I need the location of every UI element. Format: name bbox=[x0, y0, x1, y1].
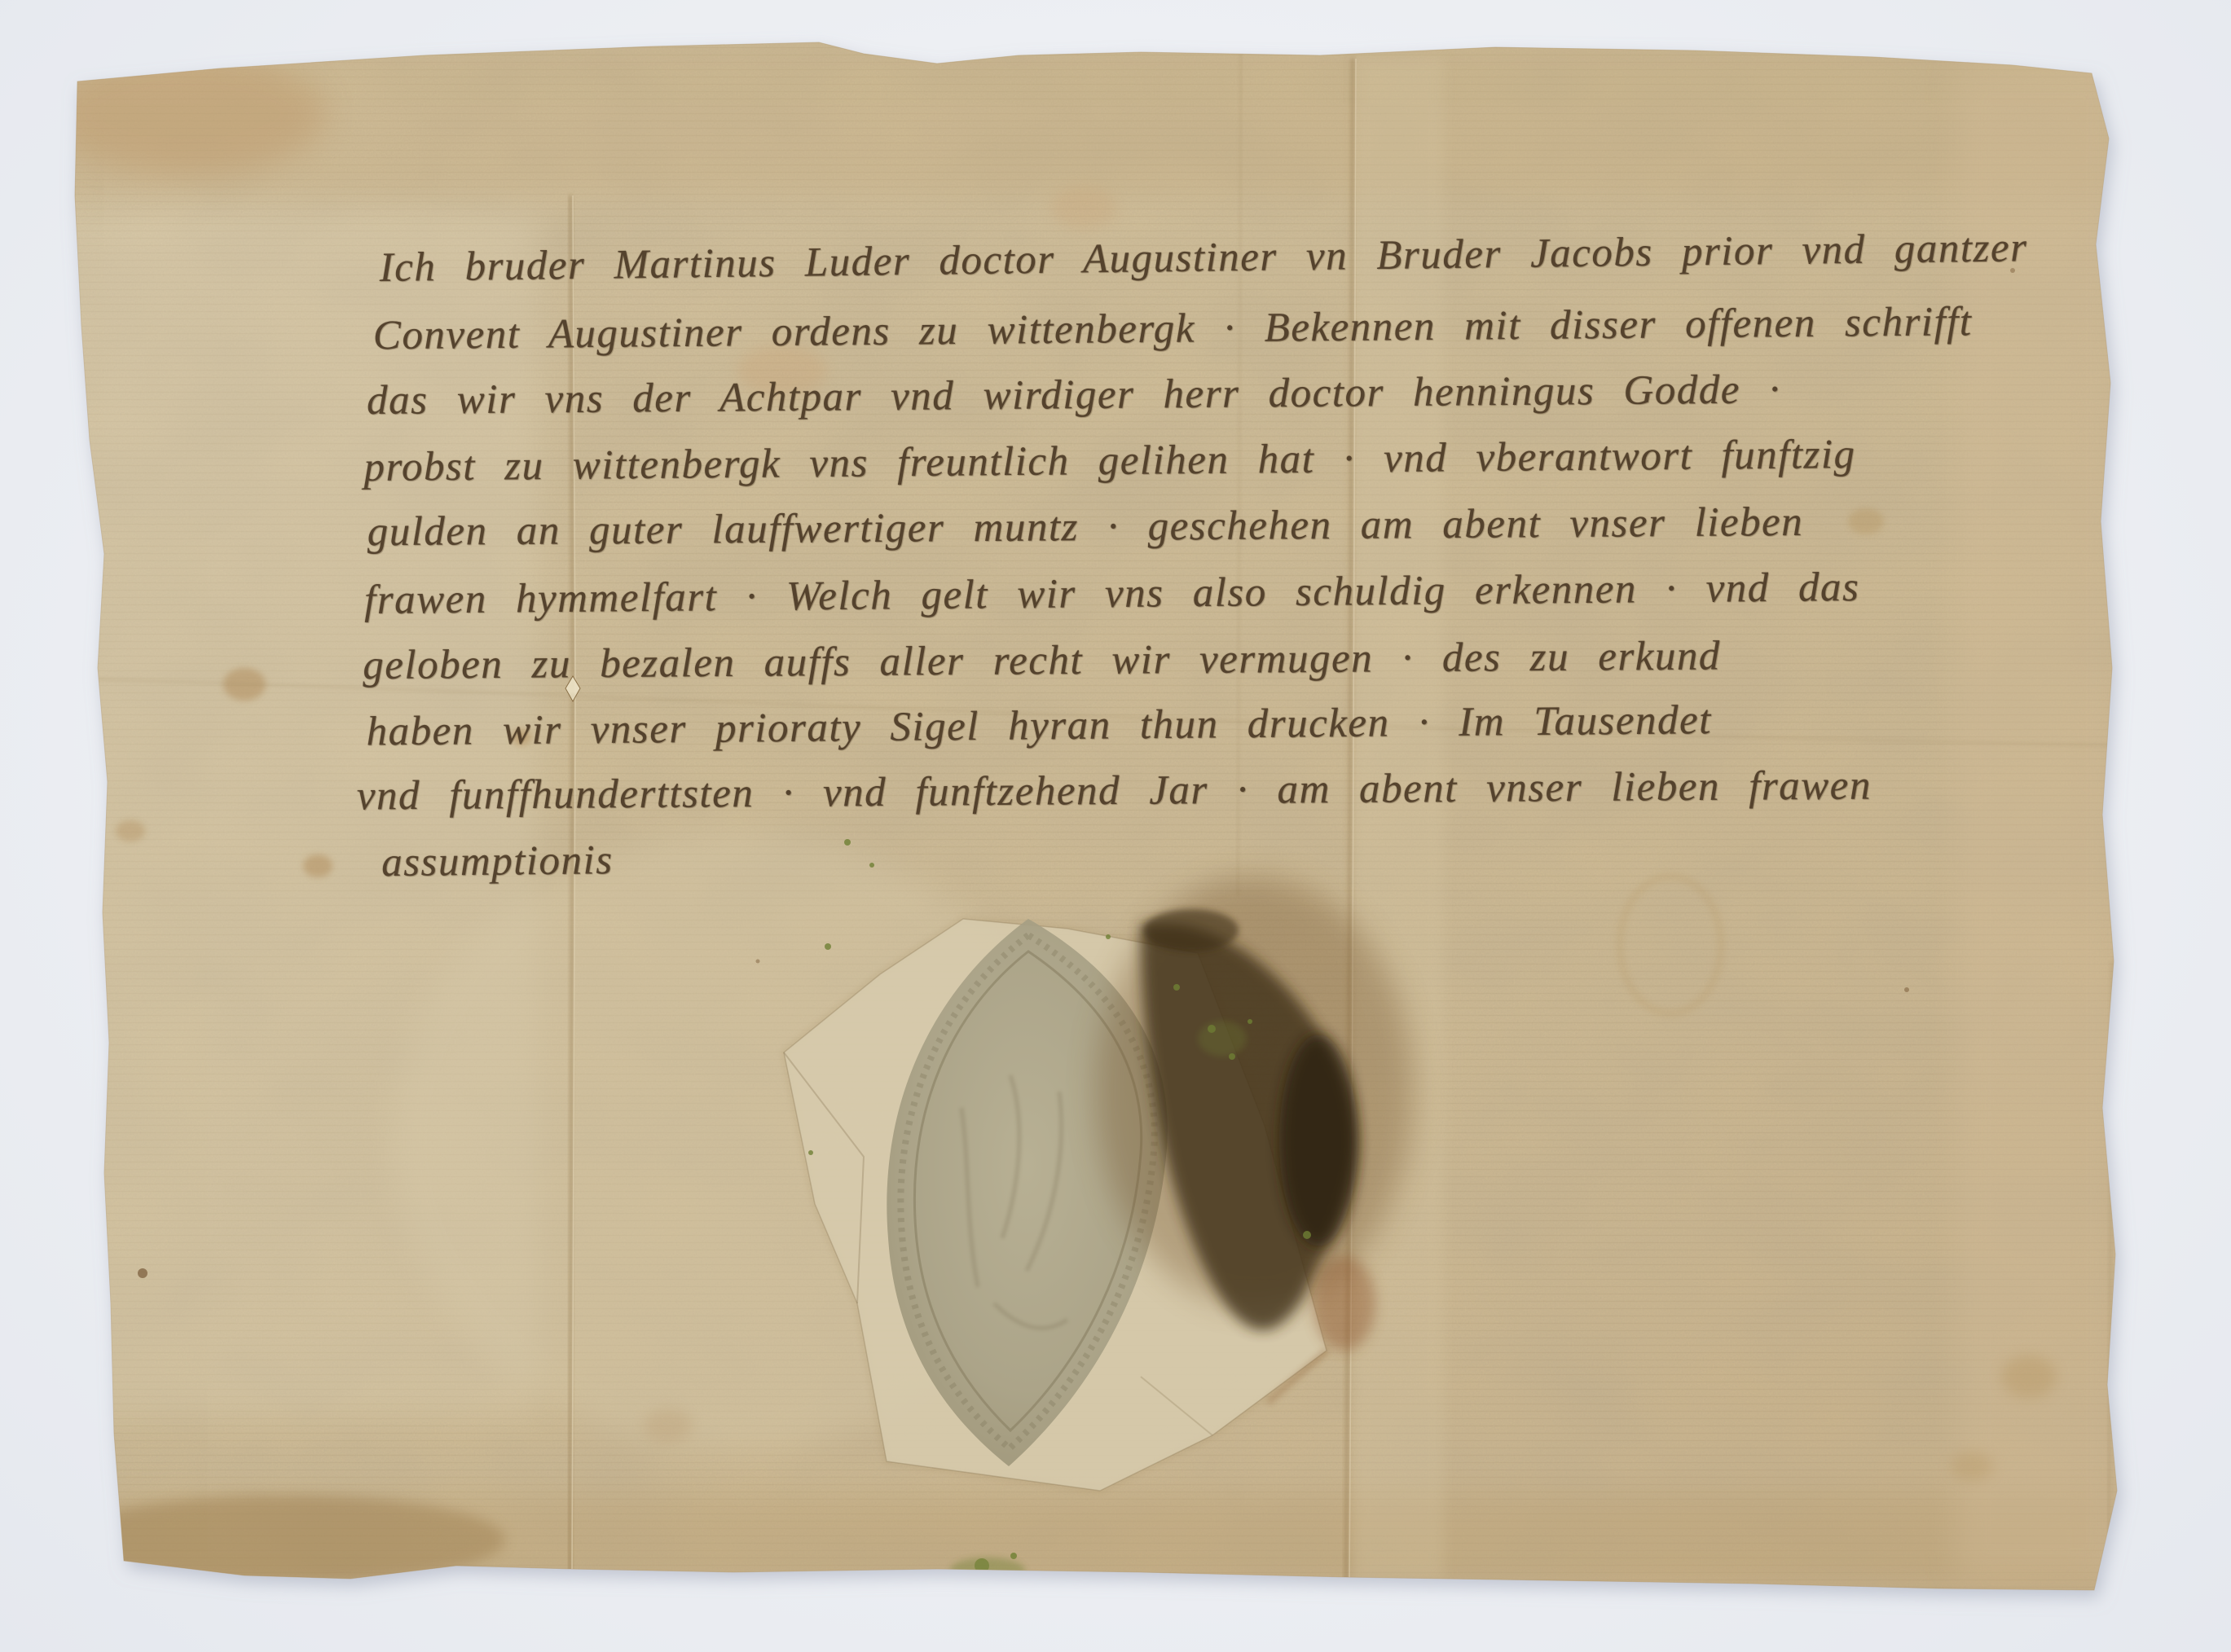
stain-spot bbox=[847, 792, 851, 797]
stain-spot bbox=[49, 33, 2119, 196]
stain-spot bbox=[737, 345, 827, 397]
stain-spot bbox=[1848, 508, 1884, 534]
stain-spot bbox=[1051, 187, 1116, 229]
stain-spot bbox=[1956, 65, 2119, 1580]
stain-spot bbox=[1354, 57, 1444, 1580]
stain-spot bbox=[1951, 1452, 1993, 1481]
document-scan-artwork bbox=[0, 0, 2231, 1652]
stain-spot bbox=[2001, 1355, 2057, 1398]
stain-spot bbox=[1904, 987, 1909, 992]
stain-spot bbox=[756, 960, 760, 964]
seal-burn-core bbox=[1279, 1035, 1358, 1246]
stain-spot bbox=[644, 1409, 693, 1442]
stain-spot bbox=[116, 820, 145, 841]
stain-spot bbox=[65, 1495, 505, 1584]
scan-background: Ich bruder Martinus Luder doctor Augusti… bbox=[0, 0, 2231, 1652]
stain-spot bbox=[303, 855, 332, 877]
seal-burn-top bbox=[1144, 909, 1239, 951]
seal-rust-fringe bbox=[1314, 1256, 1375, 1351]
stain-spot bbox=[138, 1268, 147, 1278]
parchment-surface bbox=[0, 0, 2231, 1652]
stain-spot bbox=[2010, 268, 2015, 273]
stain-spot bbox=[512, 729, 531, 745]
